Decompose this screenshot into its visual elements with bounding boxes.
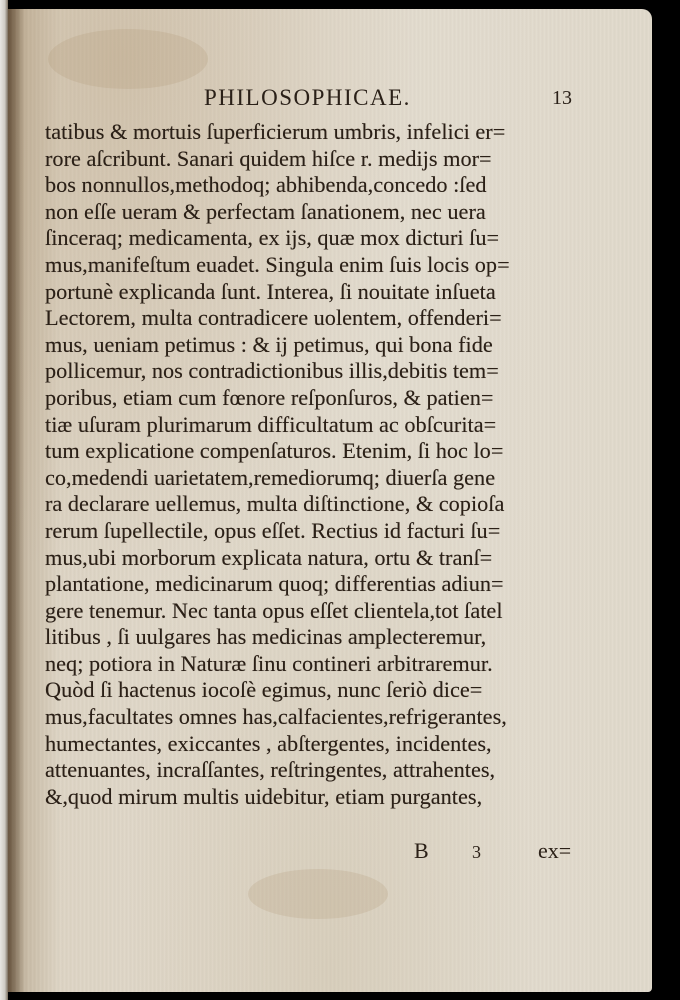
text-line: mus, ueniam petimus : & ij petimus, qui … bbox=[45, 332, 585, 359]
text-line: portunè explicanda ſunt. Interea, ſi nou… bbox=[45, 279, 585, 306]
text-line: Lectorem, multa contradicere uolentem, o… bbox=[45, 305, 585, 332]
text-line: plantatione, medicinarum quoq; different… bbox=[45, 571, 585, 598]
text-line: litibus , ſi uulgares has medicinas ampl… bbox=[45, 624, 585, 651]
signature-mark: B bbox=[414, 838, 429, 864]
running-head-title: PHILOSOPHICAE. bbox=[204, 85, 411, 111]
text-line: co,medendi uarietatem,remediorumq; diuer… bbox=[45, 465, 585, 492]
text-line: ſinceraq; medicamenta, ex ijs, quæ mox d… bbox=[45, 225, 585, 252]
text-line: mus,ubi morborum explicata natura, ortu … bbox=[45, 545, 585, 572]
text-line: rerum ſupellectile, opus eſſet. Rectius … bbox=[45, 518, 585, 545]
text-line: Quòd ſi hactenus iocoſè egimus, nunc ſer… bbox=[45, 677, 585, 704]
scanner-edge bbox=[0, 0, 8, 1000]
text-line: bos nonnullos,methodoq; abhibenda,conced… bbox=[45, 172, 585, 199]
text-line: &,quod mirum multis uidebitur, etiam pur… bbox=[45, 784, 585, 811]
paper-stain bbox=[48, 29, 208, 89]
text-line: poribus, etiam cum fœnore reſponſuros, &… bbox=[45, 385, 585, 412]
direction-line: B 3 ex= bbox=[8, 838, 652, 864]
paper-stain bbox=[248, 869, 388, 919]
text-line: gere tenemur. Nec tanta opus eſſet clien… bbox=[45, 598, 585, 625]
text-line: mus,facultates omnes has,calfacientes,re… bbox=[45, 704, 585, 731]
text-line: tum explicatione compenſaturos. Etenim, … bbox=[45, 438, 585, 465]
text-line: tiæ uſuram plurimarum difficultatum ac o… bbox=[45, 412, 585, 439]
page-number: 13 bbox=[552, 87, 572, 110]
text-line: tatibus & mortuis ſuperficierum umbris, … bbox=[45, 119, 585, 146]
text-line: neq; potiora in Naturæ ſinu contineri ar… bbox=[45, 651, 585, 678]
running-head: PHILOSOPHICAE. 13 bbox=[8, 85, 652, 115]
text-line: ra declarare uellemus, multa diſtinction… bbox=[45, 491, 585, 518]
text-line: pollicemur, nos contradictionibus illis,… bbox=[45, 358, 585, 385]
body-text: tatibus & mortuis ſuperficierum umbris, … bbox=[45, 119, 585, 810]
text-line: non eſſe ueram & perfectam ſanationem, n… bbox=[45, 199, 585, 226]
text-line: humectantes, exiccantes , abſtergentes, … bbox=[45, 731, 585, 758]
text-line: rore aſcribunt. Sanari quidem hiſce r. m… bbox=[45, 146, 585, 173]
text-line: mus,manifeſtum euadet. Singula enim ſuis… bbox=[45, 252, 585, 279]
signature-number: 3 bbox=[472, 842, 481, 863]
catchword: ex= bbox=[538, 838, 571, 864]
text-line: attenuantes, incraſſantes, reſtringentes… bbox=[45, 757, 585, 784]
book-page: PHILOSOPHICAE. 13 tatibus & mortuis ſupe… bbox=[8, 9, 652, 992]
